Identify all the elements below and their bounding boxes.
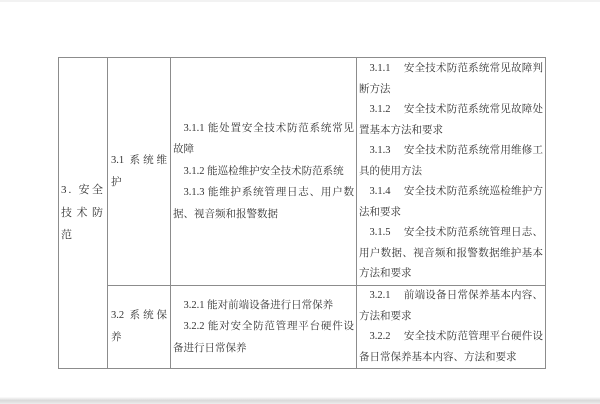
knowledge-requirements-list: 3.1.1 安全技术防范系统常见故障判断方法3.1.2 安全技术防范系统常见故障… [359, 59, 543, 285]
cell-knowledge-requirements-3-1: 3.1.1 安全技术防范系统常见故障判断方法3.1.2 安全技术防范系统常见故障… [357, 58, 546, 286]
item-paragraph: 3.2.2 能对安全防范管理平台硬件设备进行日常保养 [173, 316, 354, 359]
cell-occupation-function: 3. 安全技术防范 [59, 58, 108, 369]
item-paragraph: 3.1.2 能巡检维护安全技术防范系统 [173, 161, 354, 183]
occupational-standard-table: 3. 安全技术防范 3.1 系统维护 3.1.1 能处置安全技术防范系统常见故障… [58, 57, 546, 369]
cell-skill-requirements-3-2: 3.2.1 能对前端设备进行日常保养3.2.2 能对安全防范管理平台硬件设备进行… [171, 286, 357, 369]
item-paragraph: 3.1.3 安全技术防范系统常用维修工具的使用方法 [359, 141, 543, 182]
skill-requirements-list: 3.1.1 能处置安全技术防范系统常见故障3.1.2 能巡检维护安全技术防范系统… [173, 118, 354, 226]
work-task-label: 3.1 系统维护 [111, 155, 167, 188]
occupation-function-label: 3. 安全技术防范 [61, 184, 105, 241]
item-paragraph: 3.1.1 安全技术防范系统常见故障判断方法 [359, 59, 543, 100]
document-page: 3. 安全技术防范 3.1 系统维护 3.1.1 能处置安全技术防范系统常见故障… [0, 0, 600, 404]
skill-requirements-list: 3.2.1 能对前端设备进行日常保养3.2.2 能对安全防范管理平台硬件设备进行… [173, 295, 354, 360]
cell-skill-requirements-3-1: 3.1.1 能处置安全技术防范系统常见故障3.1.2 能巡检维护安全技术防范系统… [171, 58, 357, 286]
item-paragraph: 3.1.1 能处置安全技术防范系统常见故障 [173, 118, 354, 161]
knowledge-requirements-list: 3.2.1 前端设备日常保养基本内容、方法和要求3.2.2 安全技术防范管理平台… [359, 286, 543, 368]
item-paragraph: 3.2.1 能对前端设备进行日常保养 [173, 295, 354, 317]
image-top-edge [0, 0, 600, 2]
cell-work-task-3-2: 3.2 系统保养 [108, 286, 171, 369]
item-paragraph: 3.2.1 前端设备日常保养基本内容、方法和要求 [359, 286, 543, 327]
item-paragraph: 3.1.2 安全技术防范系统常见故障处置基本方法和要求 [359, 100, 543, 141]
item-paragraph: 3.1.4 安全技术防范系统巡检维护方法和要求 [359, 182, 543, 223]
work-task-label: 3.2 系统保养 [111, 310, 167, 343]
image-bottom-edge [0, 397, 600, 404]
item-paragraph: 3.1.5 安全技术防范系统管理日志、用户数据、视音频和报警数据维护基本方法和要… [359, 223, 543, 285]
cell-knowledge-requirements-3-2: 3.2.1 前端设备日常保养基本内容、方法和要求3.2.2 安全技术防范管理平台… [357, 286, 546, 369]
item-paragraph: 3.2.2 安全技术防范管理平台硬件设备日常保养基本内容、方法和要求 [359, 327, 543, 368]
item-paragraph: 3.1.3 能维护系统管理日志、用户数据、视音频和报警数据 [173, 182, 354, 225]
cell-work-task-3-1: 3.1 系统维护 [108, 58, 171, 286]
